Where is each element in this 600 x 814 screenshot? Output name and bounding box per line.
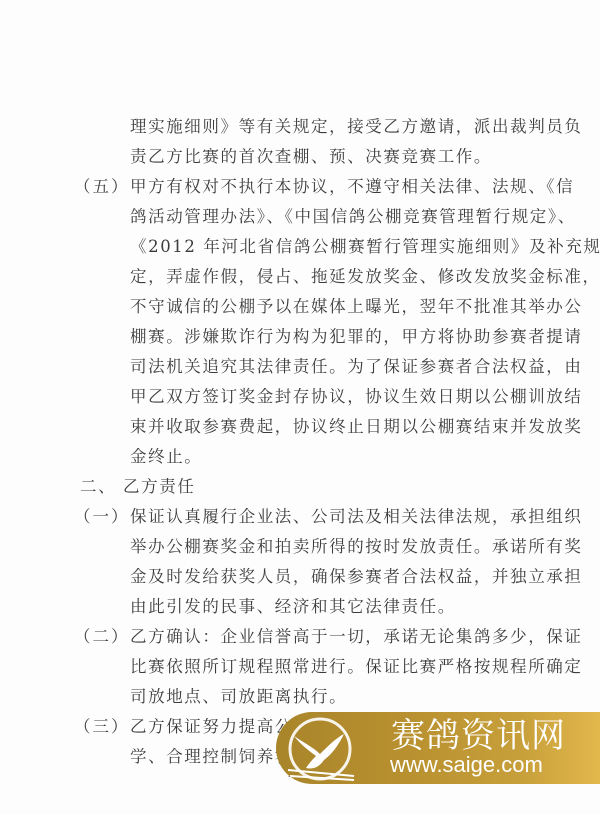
text-line: 《2012 年河北省信鸽公棚赛暂行管理实施细则》及补充规 bbox=[130, 236, 600, 258]
watermark-banner: 赛鸽资讯网 www.saige.com bbox=[276, 712, 600, 784]
watermark-title: 赛鸽资讯网 bbox=[391, 716, 566, 756]
text-line: 由此引发的民事、经济和其它法律责任。 bbox=[130, 596, 456, 618]
text-line: 甲乙双方签订奖金封存协议，协议生效日期以公棚训放结 bbox=[130, 386, 583, 408]
section-marker: （一） bbox=[74, 506, 130, 528]
text-line: 司放地点、司放距离执行。 bbox=[130, 686, 347, 708]
section-marker: （三） bbox=[74, 716, 130, 738]
pigeon-logo-icon bbox=[284, 714, 356, 784]
text-line: 束并收取参赛费起，协议终止日期以公棚赛结束并发放奖 bbox=[130, 416, 583, 438]
text-line: 棚赛。涉嫌欺诈行为构为犯罪的，甲方将协助参赛者提请 bbox=[130, 326, 583, 348]
text-line: 理实施细则》等有关规定，接受乙方邀请，派出裁判员负 bbox=[130, 116, 583, 138]
text-line: 举办公棚赛奖金和拍卖所得的按时发放责任。承诺所有奖 bbox=[130, 536, 583, 558]
section-marker: （五） bbox=[74, 176, 130, 198]
text-line: 保证认真履行企业法、公司法及相关法律法规，承担组织 bbox=[130, 506, 583, 528]
text-line: 责乙方比赛的首次查棚、预、决赛竞赛工作。 bbox=[130, 146, 492, 168]
watermark-url: www.saige.com bbox=[390, 752, 543, 778]
text-line: 司法机关追究其法律责任。为了保证参赛者合法权益，由 bbox=[130, 356, 583, 378]
text-line: 金终止。 bbox=[130, 446, 202, 468]
text-line: 鸽活动管理办法》、《中国信鸽公棚竞赛管理暂行规定》、 bbox=[130, 206, 576, 228]
text-line: 比赛依照所订规程照常进行。保证比赛严格按规程所确定 bbox=[130, 656, 583, 678]
text-line: 定，弄虚作假，侵占、拖延发放奖金、修改发放奖金标准， bbox=[130, 266, 600, 288]
text-line: 金及时发给获奖人员，确保参赛者合法权益，并独立承担 bbox=[130, 566, 583, 588]
text-line: 二、 乙方责任 bbox=[80, 476, 195, 498]
text-line: 不守诚信的公棚予以在媒体上曝光，翌年不批准其举办公 bbox=[130, 296, 583, 318]
section-marker: （二） bbox=[74, 626, 130, 648]
document-page: 理实施细则》等有关规定，接受乙方邀请，派出裁判员负责乙方比赛的首次查棚、预、决赛… bbox=[0, 0, 600, 814]
text-line: 乙方确认：企业信誉高于一切，承诺无论集鸽多少，保证 bbox=[130, 626, 583, 648]
text-line: 甲方有权对不执行本协议，不遵守相关法律、法规、《信 bbox=[130, 176, 574, 198]
